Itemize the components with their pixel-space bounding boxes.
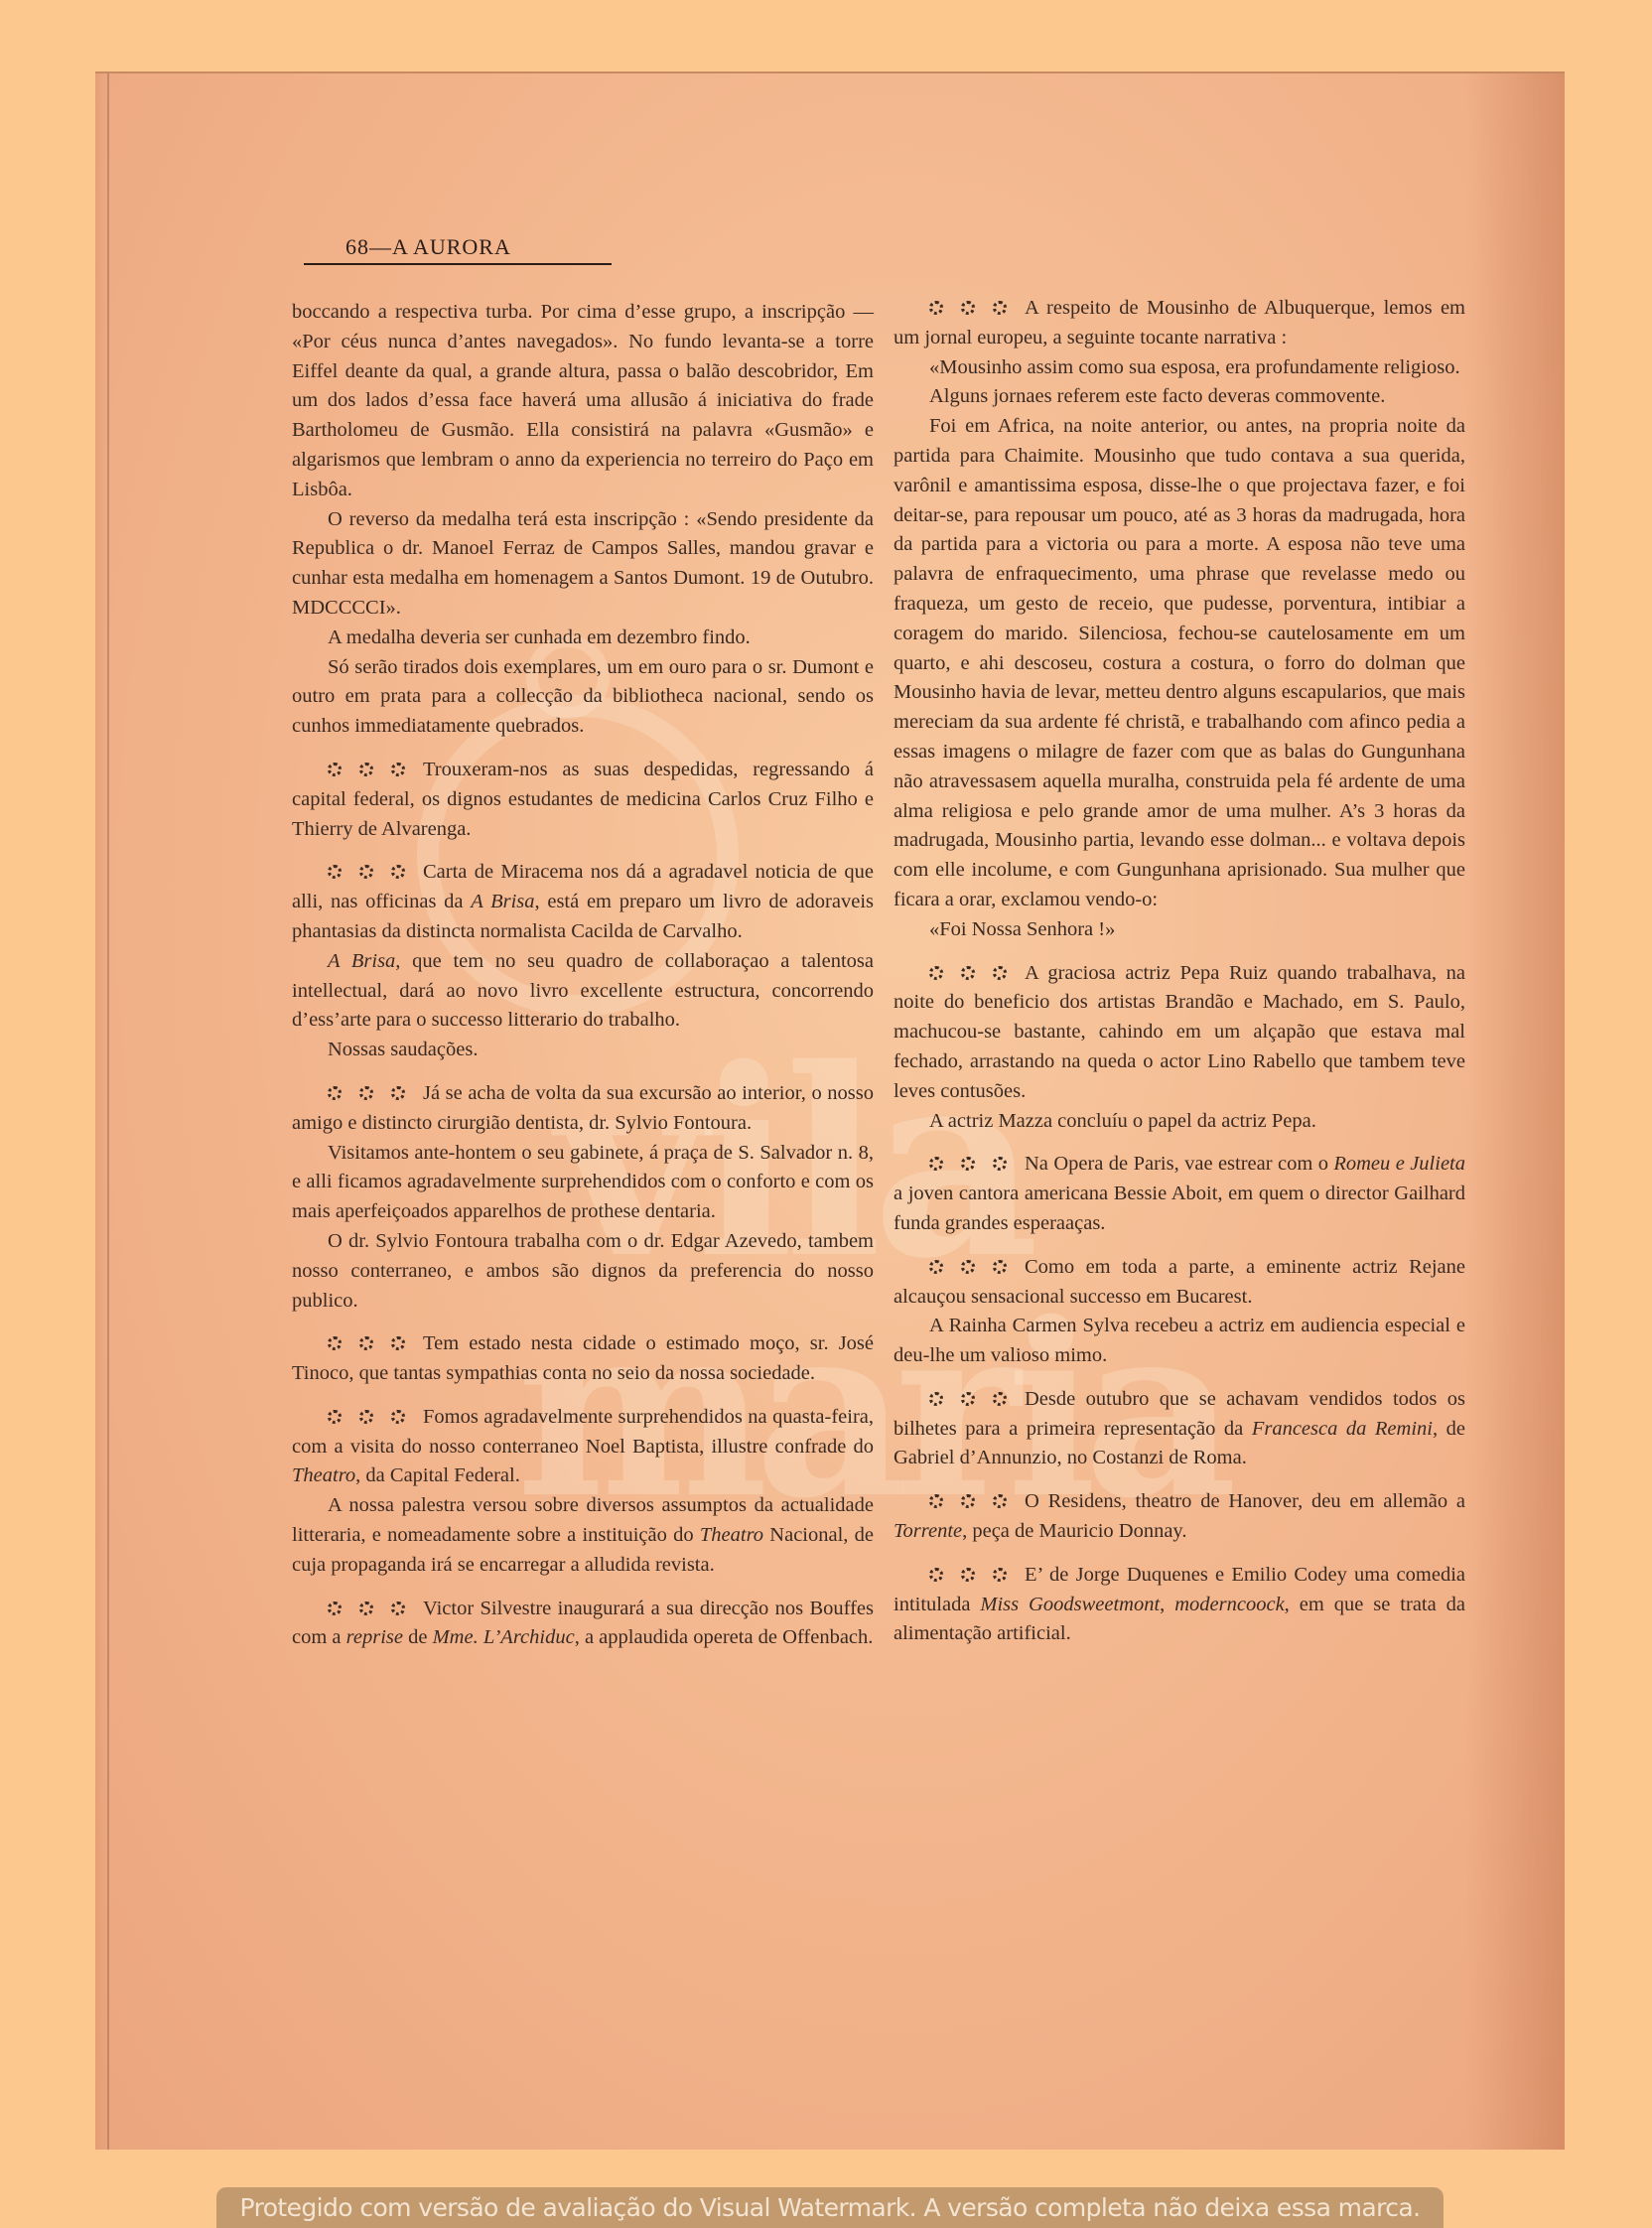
fleuron-ornament-icon: [929, 962, 1025, 984]
news-item: Na Opera de Paris, vae estrear com o Rom…: [894, 1150, 1465, 1238]
news-item: O Residens, theatro de Hanover, deu em a…: [894, 1487, 1465, 1547]
article-paragraph: A medalha deveria ser cunhada em dezembr…: [292, 624, 874, 653]
fleuron-ornament-icon: [929, 297, 1025, 319]
article-paragraph: Alguns jornaes referem este facto devera…: [894, 382, 1465, 412]
news-item: Carta de Miracema nos dá a agradavel not…: [292, 858, 874, 946]
article-paragraph: Foi em Africa, na noite anterior, ou ant…: [894, 412, 1465, 915]
fleuron-ornament-icon: [929, 1564, 1025, 1586]
news-item: Tem estado nesta cidade o estimado moço,…: [292, 1329, 874, 1389]
fleuron-ornament-icon: [328, 861, 423, 883]
fleuron-ornament-icon: [929, 1490, 1025, 1512]
news-item: E’ de Jorge Duquenes e Emilio Codey uma …: [894, 1561, 1465, 1649]
news-item: Trouxeram-nos as suas despedidas, regres…: [292, 756, 874, 844]
left-column: boccando a respectiva turba. Por cima d’…: [292, 298, 874, 1653]
right-column: A respeito de Mousinho de Albuquerque, l…: [894, 294, 1465, 1649]
news-item: Desde outubro que se achavam vendidos to…: [894, 1385, 1465, 1473]
article-paragraph: A actriz Mazza concluíu o papel da actri…: [894, 1107, 1465, 1137]
news-item: Já se acha de volta da sua excursão ao i…: [292, 1079, 874, 1139]
news-item: Victor Silvestre inaugurará a sua direcç…: [292, 1595, 874, 1654]
article-paragraph: A nossa palestra versou sobre diversos a…: [292, 1491, 874, 1580]
article-paragraph: Só serão tirados dois exemplares, um em …: [292, 653, 874, 742]
news-item: A respeito de Mousinho de Albuquerque, l…: [894, 294, 1465, 353]
news-item: Como em toda a parte, a eminente actriz …: [894, 1253, 1465, 1313]
news-item: Fomos agradavelmente surprehendidos na q…: [292, 1403, 874, 1491]
fleuron-ornament-icon: [328, 1598, 423, 1619]
fleuron-ornament-icon: [929, 1256, 1025, 1278]
page-fold-edge: [107, 73, 109, 2150]
fleuron-ornament-icon: [929, 1388, 1025, 1410]
article-paragraph: A Brisa, que tem no seu quadro de collab…: [292, 947, 874, 1036]
header-rule: [304, 263, 612, 265]
fleuron-ornament-icon: [328, 1332, 423, 1354]
article-paragraph: «Mousinho assim como sua esposa, era pro…: [894, 353, 1465, 383]
article-paragraph: Nossas saudações.: [292, 1036, 874, 1065]
article-paragraph: O dr. Sylvio Fontoura trabalha com o dr.…: [292, 1227, 874, 1316]
article-paragraph: A Rainha Carmen Sylva recebeu a actriz e…: [894, 1312, 1465, 1371]
article-paragraph: O reverso da medalha terá esta inscripçã…: [292, 505, 874, 624]
running-head: 68—A AURORA: [345, 234, 511, 260]
article-paragraph: «Foi Nossa Senhora !»: [894, 915, 1465, 945]
news-item: A graciosa actriz Pepa Ruiz quando traba…: [894, 959, 1465, 1107]
fleuron-ornament-icon: [328, 759, 423, 780]
fleuron-ornament-icon: [929, 1153, 1025, 1175]
article-paragraph: boccando a respectiva turba. Por cima d’…: [292, 298, 874, 505]
evaluation-watermark-notice: Protegido com versão de avaliação do Vis…: [216, 2187, 1444, 2228]
fleuron-ornament-icon: [328, 1082, 423, 1104]
fleuron-ornament-icon: [328, 1406, 423, 1428]
article-paragraph: Visitamos ante-hontem o seu gabinete, á …: [292, 1139, 874, 1227]
